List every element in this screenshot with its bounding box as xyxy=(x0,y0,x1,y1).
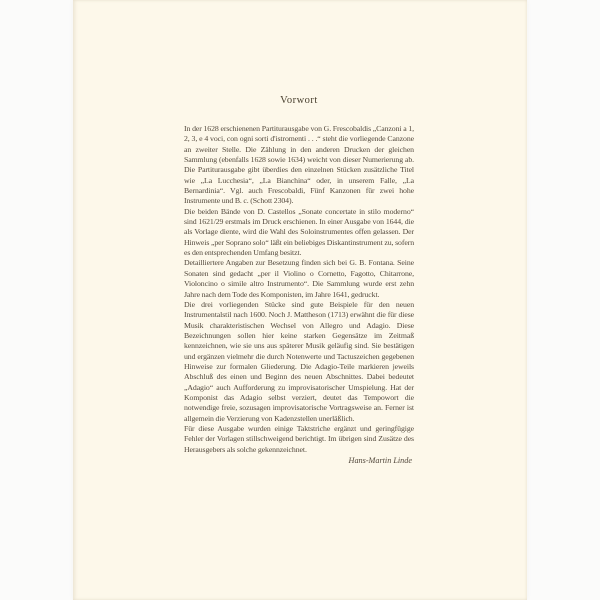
page-title: Vorwort xyxy=(184,0,414,106)
paragraph-castello: Die beiden Bände von D. Castellos „Sonat… xyxy=(184,207,414,259)
paragraph-style-notes: Die drei vorliegenden Stücke sind gute B… xyxy=(184,300,414,424)
editor-signature: Hans-Martin Linde xyxy=(184,456,414,466)
paragraph-fontana: Detailliertere Angaben zur Besetzung fin… xyxy=(184,258,414,299)
photo-backdrop: { "colors": { "backdrop": "#fbfbfa", "pa… xyxy=(0,0,600,600)
paragraph-frescobaldi: In der 1628 erschienenen Partiturausgabe… xyxy=(184,124,414,207)
text-column: Vorwort In der 1628 erschienenen Partitu… xyxy=(184,0,414,466)
preface-body: In der 1628 erschienenen Partiturausgabe… xyxy=(184,124,414,455)
book-page: Vorwort In der 1628 erschienenen Partitu… xyxy=(73,0,527,600)
paragraph-editorial-note: Für diese Ausgabe wurden einige Taktstri… xyxy=(184,424,414,455)
